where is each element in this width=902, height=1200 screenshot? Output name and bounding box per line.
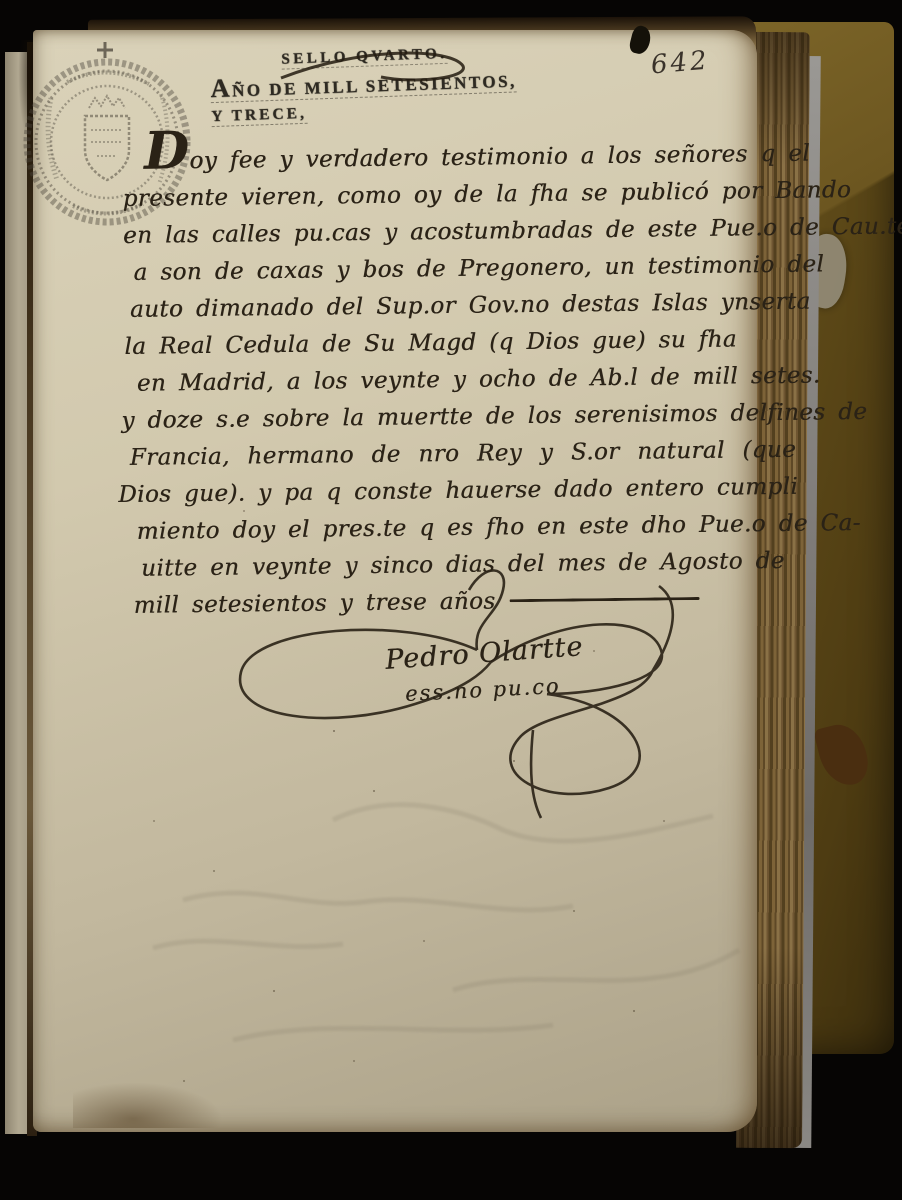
ink-flourishes: [33, 30, 757, 1132]
manuscript-page: SELLO QVARTO. AÑO DE MILL SETESIENTOS, Y…: [33, 30, 757, 1132]
cover-stain-patch: [813, 719, 873, 790]
manuscript-photo: SELLO QVARTO. AÑO DE MILL SETESIENTOS, Y…: [0, 0, 902, 1200]
